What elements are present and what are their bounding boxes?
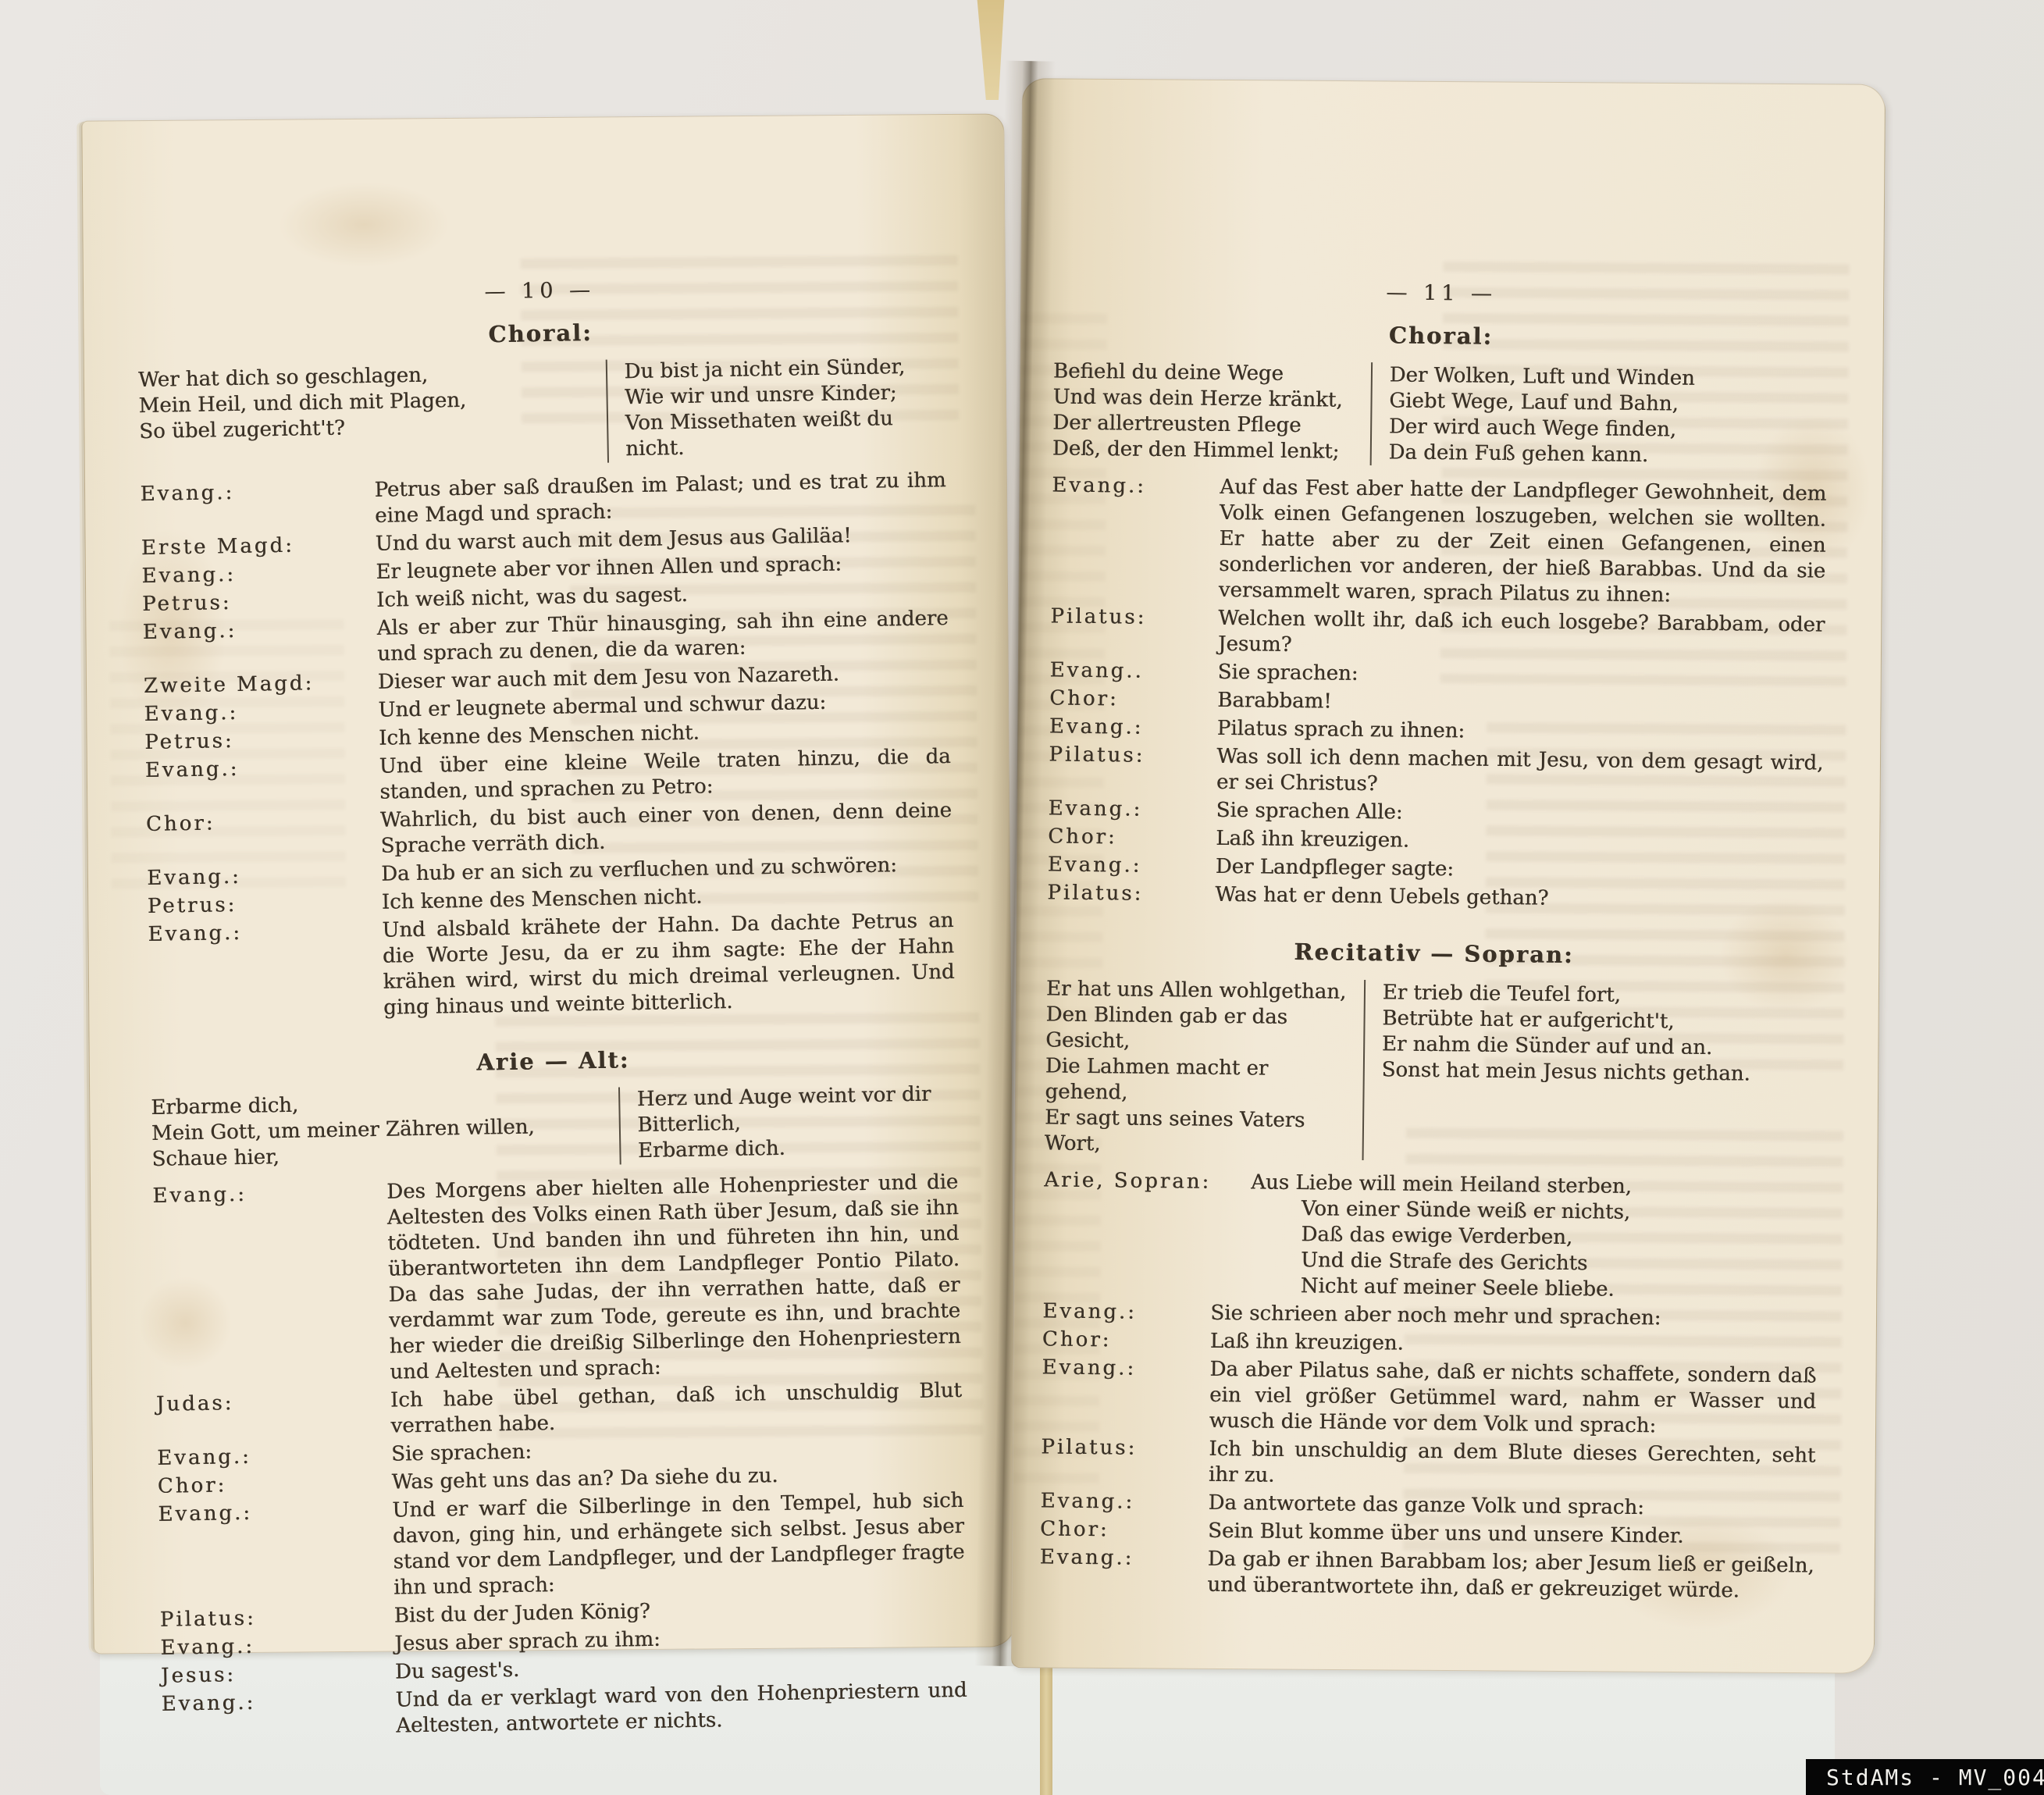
dialogue-text: Ich weiß nicht, was du sagest.	[376, 583, 688, 612]
dialogue-text: Und alsbald krähete der Hahn. Da dachte …	[382, 909, 955, 1020]
choral-heading: Choral:	[1053, 319, 1828, 353]
scanned-book-spread: — 10 — Choral: Wer hat dich so geschlage…	[0, 0, 2044, 1795]
speaker-label: Evang.:	[1048, 852, 1142, 878]
speaker-label: Evang.:	[161, 1690, 255, 1718]
verse-column-right: Du bist ja nicht ein Sünder,Wie wir und …	[605, 354, 945, 463]
verse-line: Er hat uns Allen wohlgethan,	[1046, 976, 1353, 1005]
dialogue-list: Evang.:Des Morgens aber hielten alle Hoh…	[152, 1170, 967, 1743]
dialogue-text: Sein Blut komme über uns und unsere Kind…	[1208, 1519, 1684, 1548]
page-10: — 10 — Choral: Wer hat dich so geschlage…	[81, 113, 1016, 1654]
speaker-label: Evang.:	[145, 757, 240, 784]
speaker-label: Chor:	[158, 1473, 227, 1500]
speaker-label: Evang.:	[152, 1182, 247, 1209]
dialogue-text: Ich bin unschuldig an dem Blute dieses G…	[1209, 1437, 1816, 1487]
speaker-label: Evang.:	[1042, 1298, 1137, 1325]
dialogue-entry: Pilatus:Ich bin unschuldig an dem Blute …	[1041, 1434, 1816, 1494]
speaker-label: Evang.:	[158, 1501, 252, 1528]
speaker-label: Chor:	[1049, 686, 1119, 712]
page-number: — 10 —	[137, 271, 942, 311]
dialogue-text: Bist du der Juden König?	[393, 1600, 650, 1628]
verse-column-left: Er hat uns Allen wohlgethan,Den Blinden …	[1045, 976, 1364, 1160]
speaker-label: Evang.:	[1040, 1488, 1134, 1515]
verse-column-left: Befiehl du deine WegeUnd was dein Herze …	[1052, 358, 1371, 465]
page-11: — 11 — Choral: Befiehl du deine WegeUnd …	[1011, 78, 1886, 1674]
speaker-label: Jesus:	[161, 1662, 237, 1690]
verse-line: Den Blinden gab er das Gesicht,	[1045, 1002, 1352, 1056]
dialogue-text: Und da er verklagt ward von den Hohenpri…	[395, 1679, 967, 1738]
dialogue-text: Und du warst auch mit dem Jesus aus Gali…	[376, 524, 852, 556]
aria-sopran-entry: Arie, Sopran: Aus Liebe will mein Heilan…	[1043, 1167, 1819, 1305]
speaker-label: Erste Magd:	[141, 533, 295, 561]
dialogue-entry: Evang.:Auf das Fest aber hatte der Landp…	[1051, 472, 1827, 610]
dialogue-entry: Evang.:Und da er verklagt ward von den H…	[161, 1678, 967, 1743]
choral-verse: Wer hat dich so geschlagen,Mein Heil, un…	[138, 354, 945, 471]
verse-line: Sonst hat mein Jesus nichts gethan.	[1381, 1057, 1820, 1088]
verse-column-right: Er trieb die Teufel fort,Betrübte hat er…	[1362, 980, 1821, 1166]
dialogue-entry: Evang.:Da aber Pilatus sahe, daß er nich…	[1042, 1355, 1817, 1441]
stain	[278, 181, 450, 269]
speaker-label: Evang.:	[1048, 796, 1142, 822]
dialogue-entry: Evang.:Des Morgens aber hielten alle Hoh…	[152, 1170, 961, 1390]
dialogue-text: Sie sprachen:	[1217, 661, 1358, 686]
speaker-label: Evang.:	[1049, 714, 1144, 740]
verse-line: Von Missethaten weißt du nicht.	[625, 405, 945, 462]
verse-column-right: Der Wolken, Luft und WindenGiebt Wege, L…	[1369, 362, 1828, 471]
dialogue-text: Ich kenne des Menschen nicht.	[379, 721, 700, 750]
verse-line: Der allertreusten Pflege	[1052, 410, 1359, 439]
speaker-label: Pilatus:	[1047, 880, 1143, 906]
speaker-label: Evang.:	[140, 480, 234, 508]
dialogue-entry: Evang.:Und er warf die Silberlinge in de…	[158, 1488, 965, 1605]
speaker-label: Evang..	[1049, 657, 1143, 684]
choral-heading: Choral:	[137, 314, 943, 354]
dialogue-text: Dieser war auch mit dem Jesu von Nazaret…	[378, 662, 840, 693]
dialogue-text: Was hat er denn Uebels gethan?	[1215, 883, 1548, 910]
speaker-label: Pilatus:	[1041, 1434, 1137, 1461]
dialogue-list: Evang.:Auf das Fest aber hatte der Landp…	[1047, 472, 1826, 914]
dialogue-text: Der Landpfleger sagte:	[1216, 855, 1455, 881]
dialogue-text: Was soll ich denn machen mit Jesu, von d…	[1216, 745, 1824, 796]
verse-column-left: Erbarme dich,Mein Gott, um meiner Zähren…	[151, 1088, 619, 1173]
speaker-label: Pilatus:	[1050, 604, 1146, 630]
speaker-label: Chor:	[146, 810, 215, 838]
dialogue-text: Da aber Pilatus sahe, daß er nichts scha…	[1209, 1358, 1817, 1437]
dialogue-text: Laß ihn kreuzigen.	[1216, 827, 1409, 853]
dialogue-text: Er leugnete aber vor ihnen Allen und spr…	[376, 552, 842, 583]
dialogue-text: Petrus aber saß draußen im Palast; und e…	[374, 468, 945, 528]
aria-lines: Aus Liebe will mein Heiland sterben,Von …	[1211, 1170, 1819, 1305]
speaker-label: Evang.:	[147, 864, 241, 892]
speaker-label: Evang.:	[1040, 1544, 1134, 1571]
verse-line: Erbarme dich.	[638, 1133, 958, 1164]
dialogue-text: Sie sprachen Alle:	[1216, 799, 1402, 824]
speaker-label: Evang.:	[1042, 1355, 1136, 1381]
dialogue-list: Evang.:Petrus aber saß draußen im Palast…	[140, 468, 955, 1025]
verse-line: Er sagt uns seines Vaters Wort,	[1045, 1105, 1351, 1159]
verse-column-right: Herz und Auge weint vor dirBitterlich,Er…	[618, 1081, 958, 1165]
speaker-label: Evang.:	[160, 1634, 255, 1661]
dialogue-text: Ich habe übel gethan, daß ich unschuldig…	[390, 1379, 962, 1438]
dialogue-text: Da antwortete das ganze Volk und sprach:	[1208, 1491, 1644, 1519]
aria-heading: Arie — Alt:	[150, 1042, 956, 1081]
dialogue-text: Und er leugnete abermal und schwur dazu:	[378, 691, 826, 722]
verse-line: Da dein Fuß gehen kann.	[1388, 440, 1827, 470]
dialogue-text: Was geht uns das an? Da siehe du zu.	[392, 1464, 778, 1494]
dialogue-entry: Pilatus:Welchen wollt ihr, daß ich euch …	[1050, 604, 1825, 664]
verse-line: Deß, der den Himmel lenkt;	[1052, 436, 1359, 465]
aria-verse: Erbarme dich,Mein Gott, um meiner Zähren…	[151, 1081, 958, 1173]
verse-column-left: Wer hat dich so geschlagen,Mein Heil, un…	[138, 360, 607, 471]
aria-line: Nicht auf meiner Seele bliebe.	[1301, 1273, 1818, 1305]
speaker-label: Chor:	[1042, 1327, 1112, 1353]
speaker-label: Evang.:	[144, 700, 238, 728]
recitative-heading: Recitativ — Sopran:	[1046, 936, 1821, 971]
speaker-label: Evang.:	[141, 562, 236, 589]
scan-id-label: StdAMs - MV_004_501	[1806, 1759, 2044, 1795]
speaker-label: Chor:	[1048, 824, 1117, 850]
spine-top-edge	[967, 0, 1015, 100]
speaker-label: Petrus:	[144, 728, 234, 756]
dialogue-text: Wahrlich, du bist auch einer von denen, …	[380, 799, 952, 858]
dialogue-text: Auf das Fest aber hatte der Landpfleger …	[1219, 475, 1827, 607]
dialogue-entry: Evang.:Und alsbald krähete der Hahn. Da …	[148, 908, 955, 1025]
page-number: — 11 —	[1054, 276, 1829, 310]
dialogue-text: Sie schrieen aber noch mehr und sprachen…	[1210, 1302, 1661, 1330]
dialogue-text: Sie sprachen:	[391, 1441, 532, 1466]
dialogue-entry: Evang.:Da gab er ihnen Barabbam los; abe…	[1039, 1544, 1814, 1604]
speaker-label: Judas:	[156, 1391, 234, 1418]
speaker-label: Arie, Sopran:	[1044, 1167, 1211, 1195]
dialogue-text: Welchen wollt ihr, daß ich euch losgebe?…	[1218, 607, 1825, 657]
dialogue-text: Jesus aber sprach zu ihm:	[394, 1628, 661, 1656]
dialogue-text: Da gab er ihnen Barabbam los; aber Jesum…	[1207, 1547, 1814, 1603]
speaker-label: Petrus:	[148, 892, 237, 920]
verse-line: Die Lahmen macht er gehend,	[1045, 1053, 1351, 1108]
dialogue-text: Laß ihn kreuzigen.	[1210, 1330, 1404, 1355]
speaker-label: Evang.:	[1052, 472, 1146, 499]
dialogue-text: Als er aber zur Thür hinausging, sah ihn…	[376, 607, 948, 666]
verse-line: Und was dein Herze kränkt,	[1052, 384, 1359, 413]
speaker-label: Zweite Magd:	[144, 671, 315, 700]
speaker-label: Petrus:	[142, 590, 232, 618]
dialogue-text: Barabbam!	[1217, 689, 1332, 714]
dialogue-text: Da hub er an sich zu verfluchen und zu s…	[381, 853, 897, 886]
speaker-label: Evang.:	[148, 921, 242, 948]
speaker-label: Pilatus:	[160, 1606, 256, 1633]
speaker-label: Pilatus:	[1049, 742, 1145, 768]
verse-line: Befiehl du deine Wege	[1053, 358, 1360, 387]
dialogue-text: Des Morgens aber hielten alle Hohenpries…	[386, 1170, 961, 1384]
dialogue-text: Du sagest's.	[395, 1658, 520, 1684]
dialogue-entry: Pilatus:Was soll ich denn machen mit Jes…	[1049, 742, 1824, 802]
choral-verse: Befiehl du deine WegeUnd was dein Herze …	[1052, 358, 1828, 470]
recitative-verse: Er hat uns Allen wohlgethan,Den Blinden …	[1045, 976, 1821, 1165]
dialogue-list: Evang.:Sie schrieen aber noch mehr und s…	[1039, 1298, 1817, 1604]
dialogue-text: Und er warf die Silberlinge in den Tempe…	[392, 1489, 965, 1600]
dialogue-text: Pilatus sprach zu ihnen:	[1217, 717, 1465, 743]
dialogue-text: Und über eine kleine Weile traten hinzu,…	[379, 745, 951, 804]
speaker-label: Evang.:	[142, 618, 237, 646]
speaker-label: Evang.:	[157, 1444, 251, 1472]
speaker-label: Chor:	[1040, 1516, 1109, 1543]
dialogue-text: Ich kenne des Menschen nicht.	[382, 885, 703, 914]
